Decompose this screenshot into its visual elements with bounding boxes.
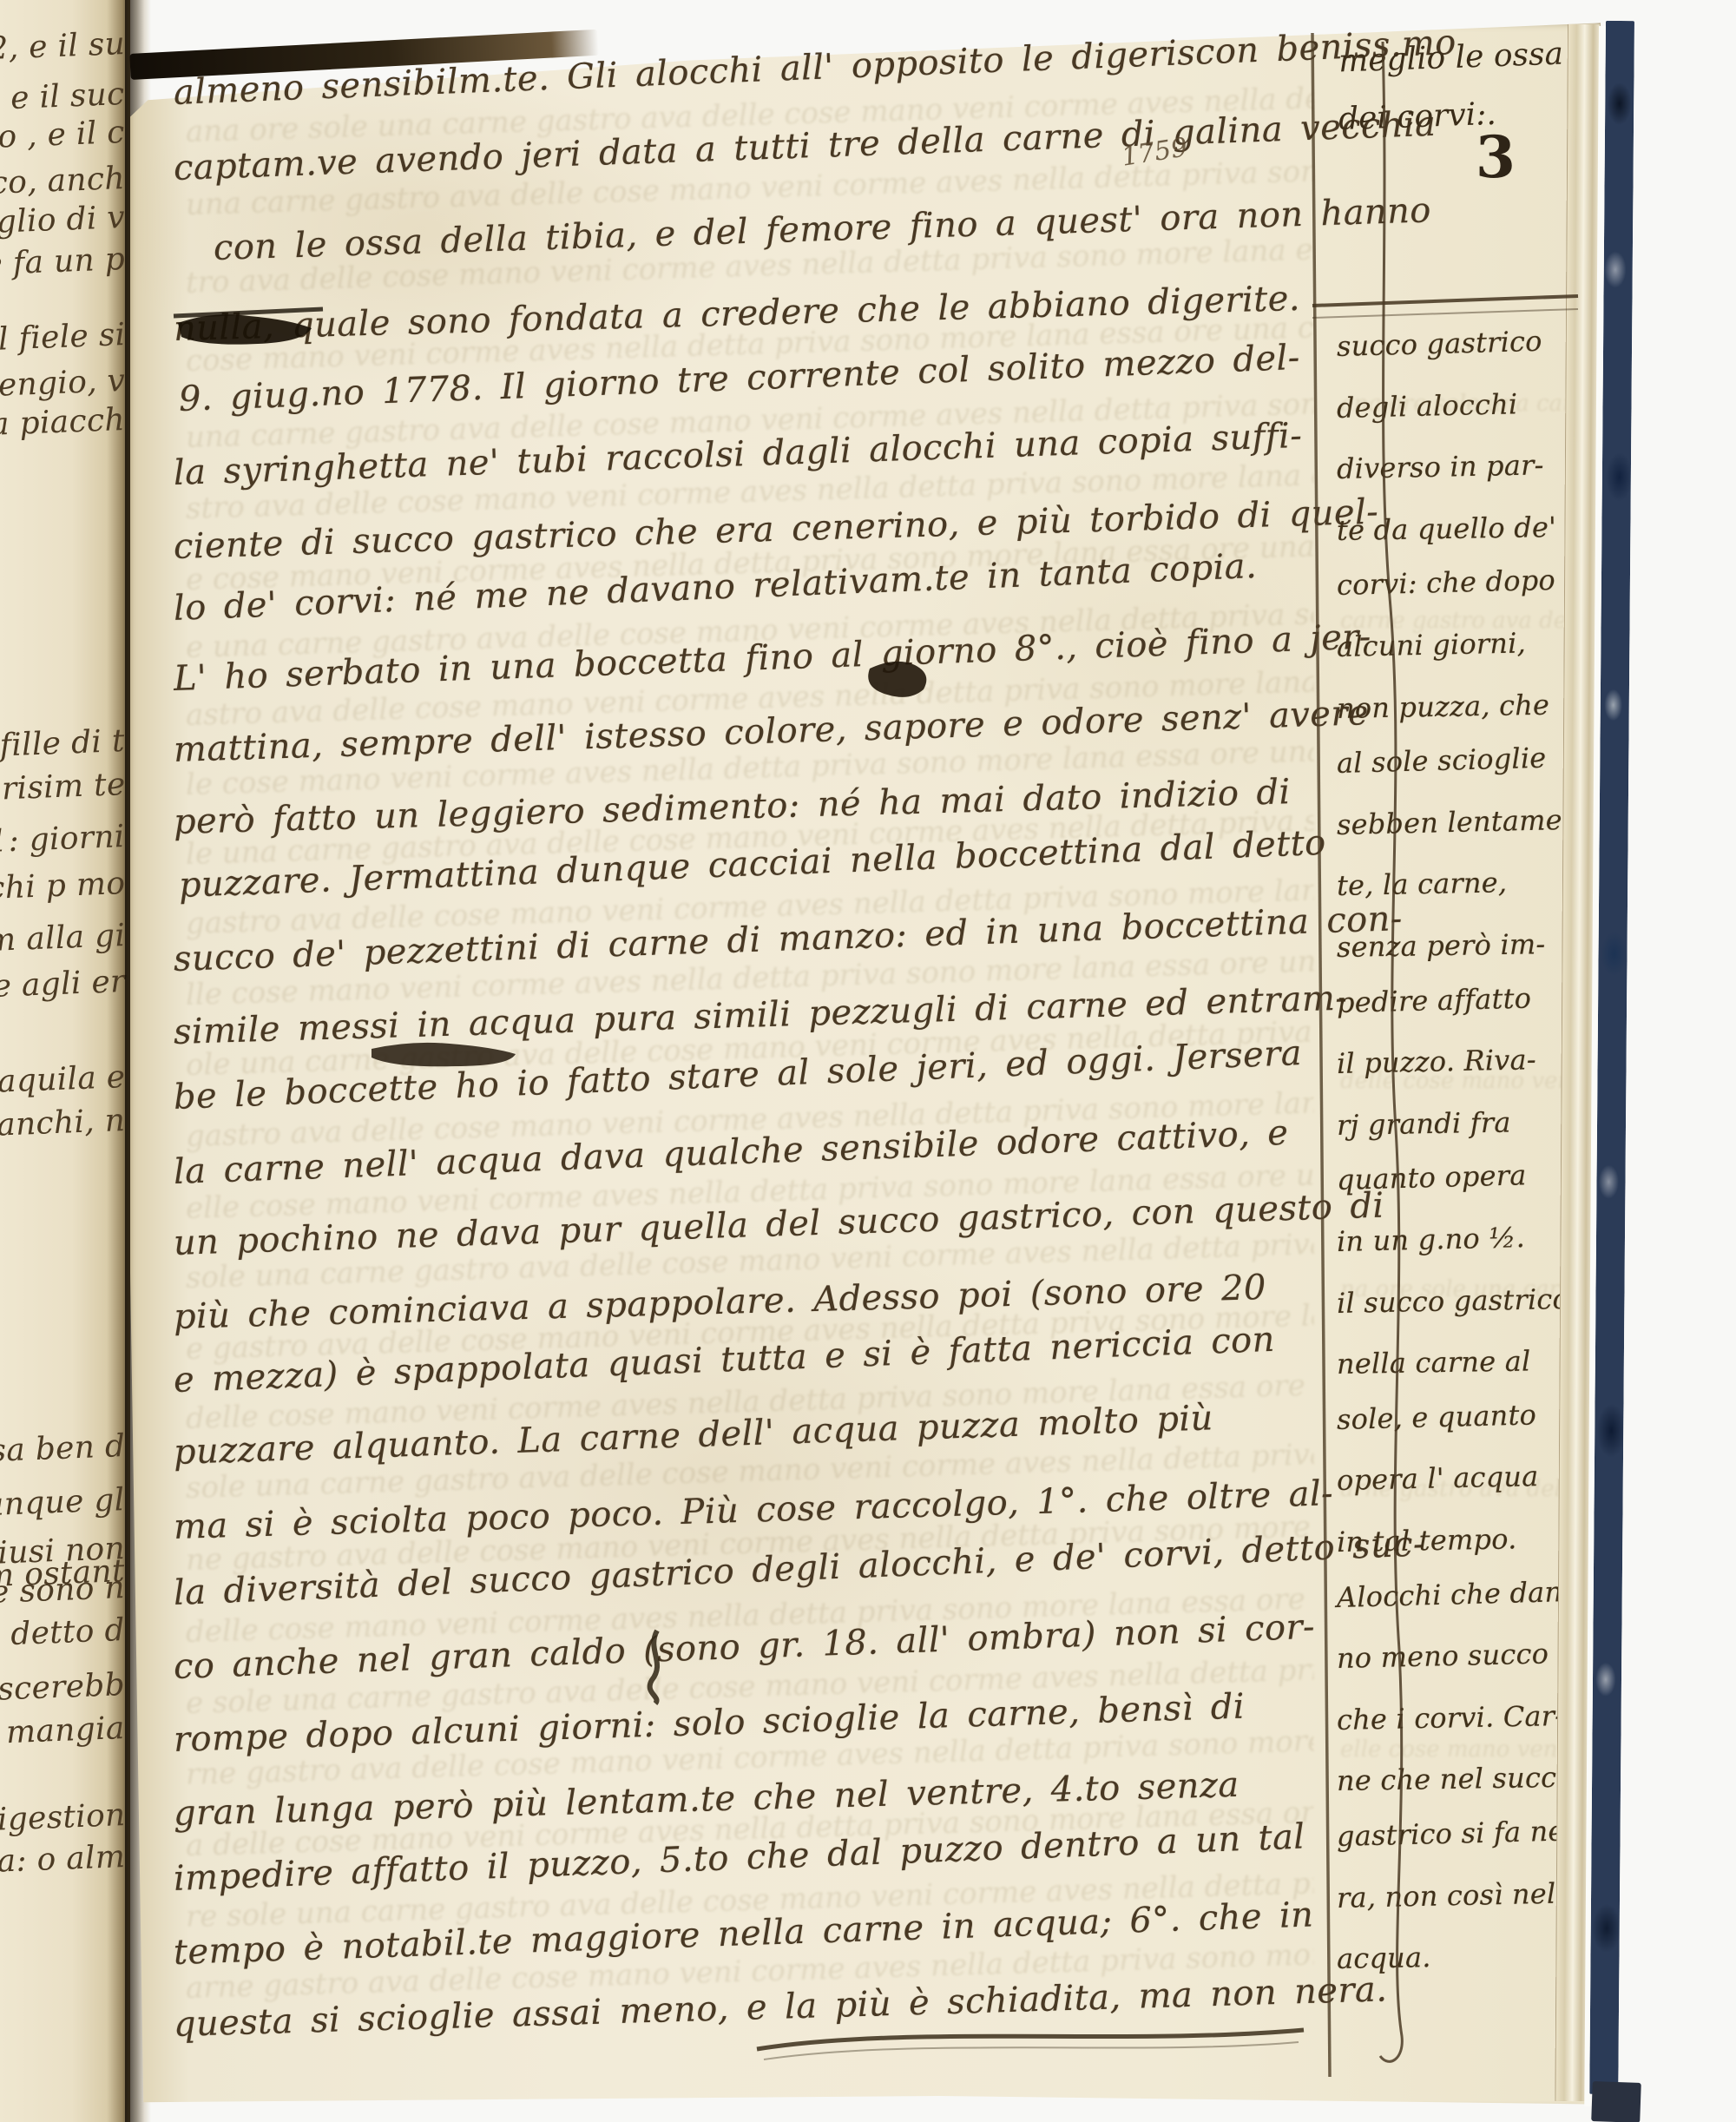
facing-page-fragment: cosa ben d [0,1428,126,1471]
manuscript-photo: na 172, e il sue, e il suczo , e il cast… [0,0,1736,2122]
margin-note-line: sebben lentamen- [1337,802,1590,841]
cover-bottom-corner [1591,2081,1641,2122]
page-number: 3 [1476,123,1516,191]
margin-note-line: che i corvi. Car- [1337,1699,1565,1736]
facing-page-fragment: una piacch [0,402,126,445]
margin-note-line: acqua. [1337,1941,1431,1975]
top-margin-note-line2: dei corvi:. [1338,96,1496,137]
margin-note-line: ne che nel succo [1337,1761,1574,1797]
facing-page-fragment: tta: o alm [0,1839,126,1881]
facing-page-fragment: bianchi, n [0,1103,126,1144]
margin-note-line: in un g.no ½. [1337,1221,1526,1258]
margin-note-line: te da quello de' [1337,511,1557,547]
margin-note-line: te, la carne, [1337,867,1508,903]
margin-bleedthrough: na ore sole una carne gastro ava delle c… [1340,1276,1575,1302]
margin-note-line: rj grandi fra [1337,1105,1511,1141]
facing-page-fragment: 21: giorni [0,819,126,860]
margin-note-line: senza però im- [1337,927,1546,964]
margin-bleedthrough: elle cose mano veni corme aves nella det… [1340,1736,1575,1763]
facing-page-fragment: nascerebb [0,1667,126,1709]
margin-note-line: nella carne al [1337,1345,1531,1381]
margin-note-line: diverso in par- [1337,449,1544,486]
margin-note-line: ra, non così nell' [1337,1876,1574,1914]
margin-note-line: no meno succo [1337,1638,1549,1676]
facing-page-fragment: di mangia [0,1710,126,1752]
facing-page-fragment: m alla gi [0,918,126,959]
facing-page-strip: na 172, e il sue, e il suczo , e il cast… [0,0,130,2122]
facing-page-fragment: aquila e [0,1059,126,1100]
facing-page-fragment: l fiele si [0,317,126,358]
facing-page-fragment: o del vengio, v [0,363,126,407]
facing-page-fragment: e quantunque gl [0,1482,126,1528]
margin-bleedthrough: delle cose mano veni corme aves nella de… [1340,1068,1575,1094]
facing-page-fragment: astrico, anch [0,161,126,204]
facing-page-fragment: na 172, e il su [0,26,126,70]
margin-note-line: in tal tempo. [1337,1522,1517,1559]
facing-page-fragment: risim te [1,767,126,807]
facing-page-fragment: m be agli er [0,964,126,1007]
margin-note-line: quanto opera [1337,1159,1527,1197]
facing-page-fragment: e, e il suc [0,76,126,118]
facing-page-fragment: i fille di t [0,723,126,764]
facing-page-fragment: l' oglio di v [0,200,126,242]
facing-page-fragment: zo , e il c [0,115,126,155]
margin-note-line: Alocchi che dan- [1337,1574,1573,1613]
margin-bleedthrough: arne gastro ava delle cose mano veni cor… [1340,1476,1575,1502]
margin-bleedthrough: ana ore sole una carne gastro ava delle … [1340,391,1575,417]
facing-page-fragment: ho detto d [0,1612,126,1654]
margin-note-line: non puzza, che [1337,688,1550,724]
facing-page-fragment: cricchi p mo [0,866,126,909]
facing-page-fragment: one fa un p [0,241,126,284]
margin-note-line: succo gastrico [1337,325,1543,363]
margin-note-line: pedire affatto [1337,981,1532,1018]
facing-page-fragment: e sono n [0,1570,126,1611]
margin-note-line: corvi: che dopo [1337,563,1556,602]
margin-note-line: sole, e quanto [1337,1398,1537,1436]
margin-bleedthrough: carne gastro ava delle cose mano veni co… [1340,608,1575,634]
margin-note-line: al sole scioglie [1337,741,1547,780]
facing-page-fragment: a digestion [0,1797,126,1840]
margin-note-line: gastrico si fa ne- [1337,1814,1575,1853]
